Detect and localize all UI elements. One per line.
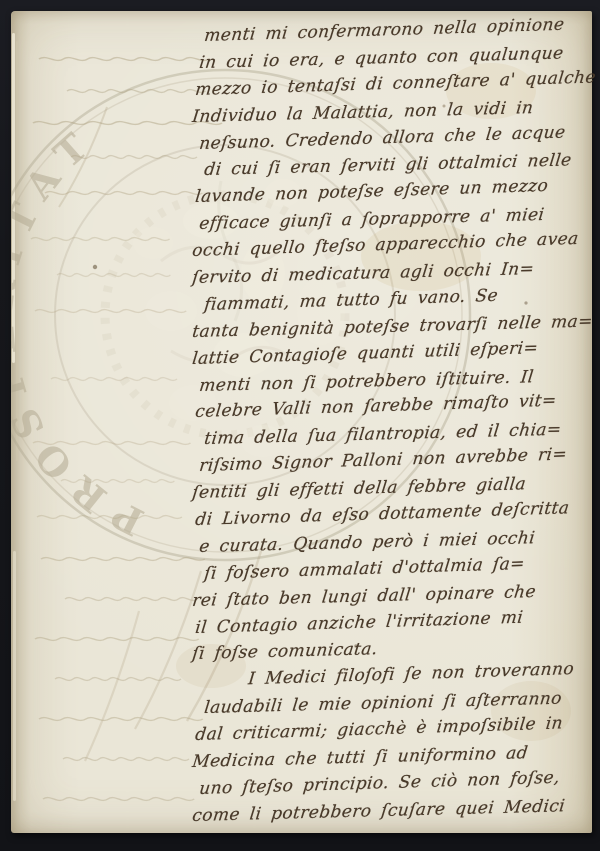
handwritten-text-block: menti mi confermarono nella opinione in … <box>192 23 594 830</box>
stamp-inscription: PROSPERITAT <box>11 116 151 545</box>
photo-background: PROSPERITAT <box>0 0 600 851</box>
ink-speck <box>93 265 97 269</box>
manuscript-page: PROSPERITAT <box>11 11 592 833</box>
